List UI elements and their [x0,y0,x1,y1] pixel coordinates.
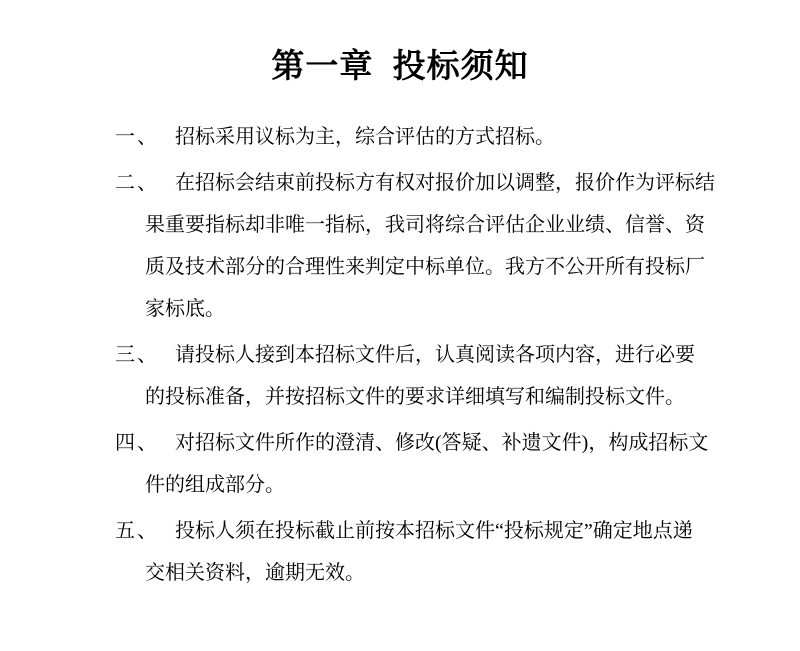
list-item: 三、请投标人接到本招标文件后，认真阅读各项内容，进行必要 的投标准备，并按招标文… [0,334,800,418]
list-item: 四、对招标文件所作的澄清、修改(答疑、补遗文件)，构成招标文 件的组成部分。 [0,422,800,506]
item-line: 四、对招标文件所作的澄清、修改(答疑、补遗文件)，构成招标文 [0,422,800,464]
item-text: 请投标人接到本招标文件后，认真阅读各项内容，进行必要 [175,344,695,366]
item-text: 在招标会结束前投标方有权对报价加以调整，报价作为评标结 [175,172,715,194]
item-number: 一、 [115,116,175,158]
item-text: 投标人须在投标截止前按本招标文件“投标规定”确定地点递 [175,520,693,542]
item-line: 果重要指标却非唯一指标，我司将综合评估企业业绩、信誉、资 [0,204,800,246]
item-line: 五、投标人须在投标截止前按本招标文件“投标规定”确定地点递 [0,510,800,552]
item-number: 四、 [115,422,175,464]
chapter-title: 第一章 投标须知 [0,0,800,90]
item-line: 三、请投标人接到本招标文件后，认真阅读各项内容，进行必要 [0,334,800,376]
item-text: 对招标文件所作的澄清、修改(答疑、补遗文件)，构成招标文 [175,432,708,454]
document-page: 第一章 投标须知 一、招标采用议标为主，综合评估的方式招标。 二、在招标会结束前… [0,0,800,651]
item-line: 一、招标采用议标为主，综合评估的方式招标。 [0,116,800,158]
item-line: 家标底。 [0,288,800,330]
list-item: 二、在招标会结束前投标方有权对报价加以调整，报价作为评标结 果重要指标却非唯一指… [0,162,800,330]
list-item: 一、招标采用议标为主，综合评估的方式招标。 [0,116,800,158]
item-number: 二、 [115,162,175,204]
list-item: 五、投标人须在投标截止前按本招标文件“投标规定”确定地点递 交相关资料，逾期无效… [0,510,800,594]
notice-list: 一、招标采用议标为主，综合评估的方式招标。 二、在招标会结束前投标方有权对报价加… [0,116,800,594]
item-line: 质及技术部分的合理性来判定中标单位。我方不公开所有投标厂 [0,246,800,288]
item-line: 二、在招标会结束前投标方有权对报价加以调整，报价作为评标结 [0,162,800,204]
item-number: 三、 [115,334,175,376]
item-line: 交相关资料，逾期无效。 [0,552,800,594]
item-text: 招标采用议标为主，综合评估的方式招标。 [175,126,555,148]
item-number: 五、 [115,510,175,552]
item-line: 件的组成部分。 [0,464,800,506]
item-line: 的投标准备，并按招标文件的要求详细填写和编制投标文件。 [0,376,800,418]
